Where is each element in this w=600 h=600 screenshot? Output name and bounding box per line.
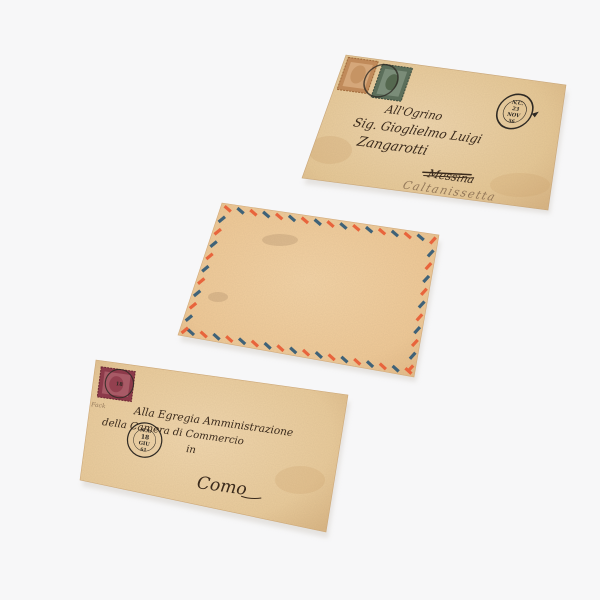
envelope-bottom: 18 Fack N.A. 18 GIU 61 Alla Egregia Ammi… [70, 350, 360, 540]
stamp-carmine-icon: 18 [97, 367, 135, 402]
address-line-3: in [185, 444, 196, 456]
envelope-top: N.C. 23 NOV 56 All'Ogrino Sig. Gioglielm… [290, 50, 580, 220]
envelope-airmail [170, 195, 450, 385]
svg-text:18: 18 [115, 381, 123, 388]
envelopes-scene: N.C. 23 NOV 56 All'Ogrino Sig. Gioglielm… [0, 0, 600, 600]
svg-text:61: 61 [140, 447, 147, 454]
